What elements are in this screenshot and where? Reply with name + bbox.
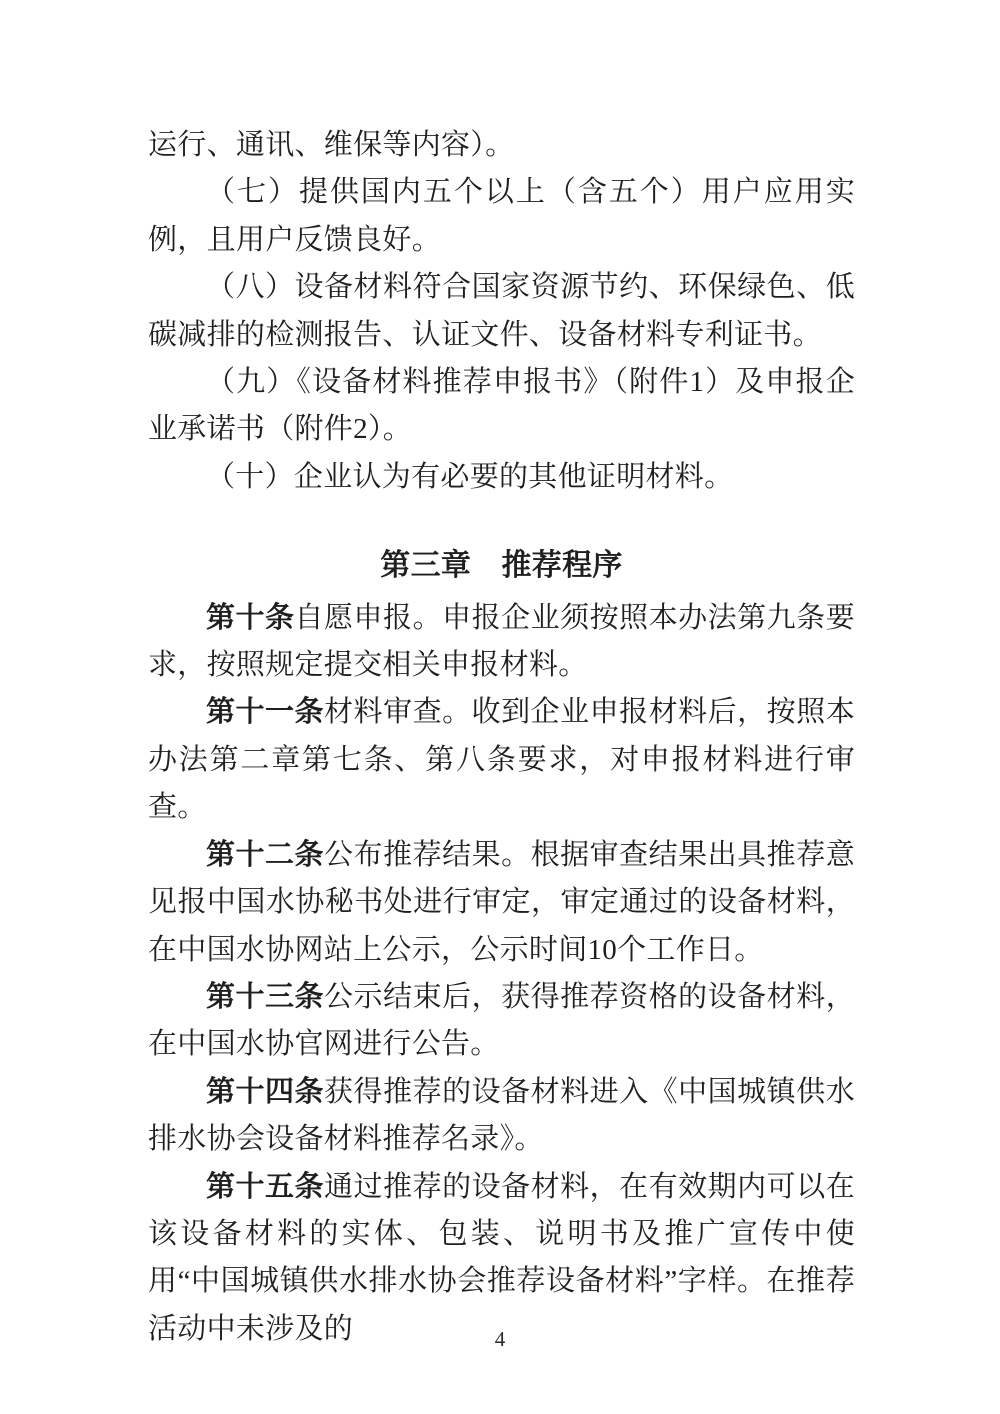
paragraph-text: （九）《设备材料推荐申报书》（附件1）及申报企业承诺书（附件2）。 bbox=[148, 366, 855, 445]
document-page: 运行、通讯、维保等内容）。 （七）提供国内五个以上（含五个）用户应用实例，且用户… bbox=[0, 0, 1000, 1414]
paragraph-continuation: 运行、通讯、维保等内容）。 bbox=[148, 122, 855, 169]
paragraph-text: 运行、通讯、维保等内容）。 bbox=[148, 129, 514, 161]
article-number: 第十四条 bbox=[206, 1076, 324, 1108]
paragraph-item-8: （八）设备材料符合国家资源节约、环保绿色、低碳减排的检测报告、认证文件、设备材料… bbox=[148, 264, 855, 359]
paragraph-article-13: 第十三条公示结束后，获得推荐资格的设备材料，在中国水协官网进行公告。 bbox=[148, 974, 855, 1069]
paragraph-text: （十）企业认为有必要的其他证明材料。 bbox=[206, 461, 733, 493]
document-content: 运行、通讯、维保等内容）。 （七）提供国内五个以上（含五个）用户应用实例，且用户… bbox=[148, 122, 855, 1353]
paragraph-article-14: 第十四条获得推荐的设备材料进入《中国城镇供水排水协会设备材料推荐名录》。 bbox=[148, 1069, 855, 1164]
paragraph-item-9: （九）《设备材料推荐申报书》（附件1）及申报企业承诺书（附件2）。 bbox=[148, 359, 855, 454]
article-number: 第十五条 bbox=[206, 1171, 324, 1203]
article-number: 第十三条 bbox=[206, 981, 324, 1013]
paragraph-item-10: （十）企业认为有必要的其他证明材料。 bbox=[148, 454, 855, 501]
paragraph-article-11: 第十一条材料审查。收到企业申报材料后，按照本办法第二章第七条、第八条要求，对申报… bbox=[148, 689, 855, 831]
article-number: 第十二条 bbox=[206, 839, 324, 871]
article-number: 第十一条 bbox=[206, 696, 324, 728]
paragraph-text: （七）提供国内五个以上（含五个）用户应用实例，且用户反馈良好。 bbox=[148, 176, 855, 255]
page-number: 4 bbox=[0, 1324, 1000, 1354]
chapter-heading: 第三章 推荐程序 bbox=[148, 542, 855, 589]
paragraph-article-12: 第十二条公布推荐结果。根据审查结果出具推荐意见报中国水协秘书处进行审定，审定通过… bbox=[148, 832, 855, 974]
paragraph-text: （八）设备材料符合国家资源节约、环保绿色、低碳减排的检测报告、认证文件、设备材料… bbox=[148, 271, 855, 350]
paragraph-article-10: 第十条自愿申报。申报企业须按照本办法第九条要求，按照规定提交相关申报材料。 bbox=[148, 595, 855, 690]
paragraph-item-7: （七）提供国内五个以上（含五个）用户应用实例，且用户反馈良好。 bbox=[148, 169, 855, 264]
article-number: 第十条 bbox=[206, 602, 295, 634]
